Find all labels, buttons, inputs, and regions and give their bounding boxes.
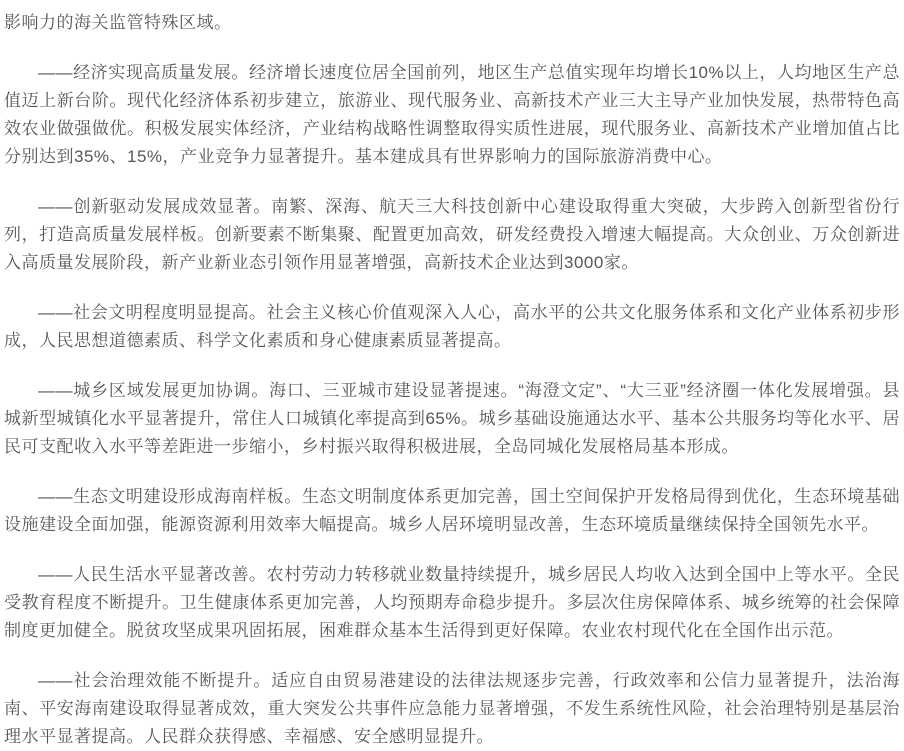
paragraph: ——人民生活水平显著改善。农村劳动力转移就业数量持续提升，城乡居民人均收入达到全… [4, 561, 900, 645]
paragraph: ——社会治理效能不断提升。适应自由贸易港建设的法律法规逐步完善，行政效率和公信力… [4, 667, 900, 751]
paragraph: 影响力的海关监管特殊区域。 [4, 9, 900, 37]
paragraph: ——经济实现高质量发展。经济增长速度位居全国前列，地区生产总值实现年均增长10%… [4, 59, 900, 171]
document-body: 影响力的海关监管特殊区域。——经济实现高质量发展。经济增长速度位居全国前列，地区… [4, 9, 900, 751]
paragraph: ——创新驱动发展成效显著。南繁、深海、航天三大科技创新中心建设取得重大突破，大步… [4, 193, 900, 277]
document-page: 影响力的海关监管特殊区域。——经济实现高质量发展。经济增长速度位居全国前列，地区… [0, 0, 904, 751]
paragraph: ——社会文明程度明显提高。社会主义核心价值观深入人心，高水平的公共文化服务体系和… [4, 299, 900, 355]
paragraph: ——城乡区域发展更加协调。海口、三亚城市建设显著提速。“海澄文定”、“大三亚”经… [4, 377, 900, 461]
paragraph: ——生态文明建设形成海南样板。生态文明制度体系更加完善，国土空间保护开发格局得到… [4, 483, 900, 539]
